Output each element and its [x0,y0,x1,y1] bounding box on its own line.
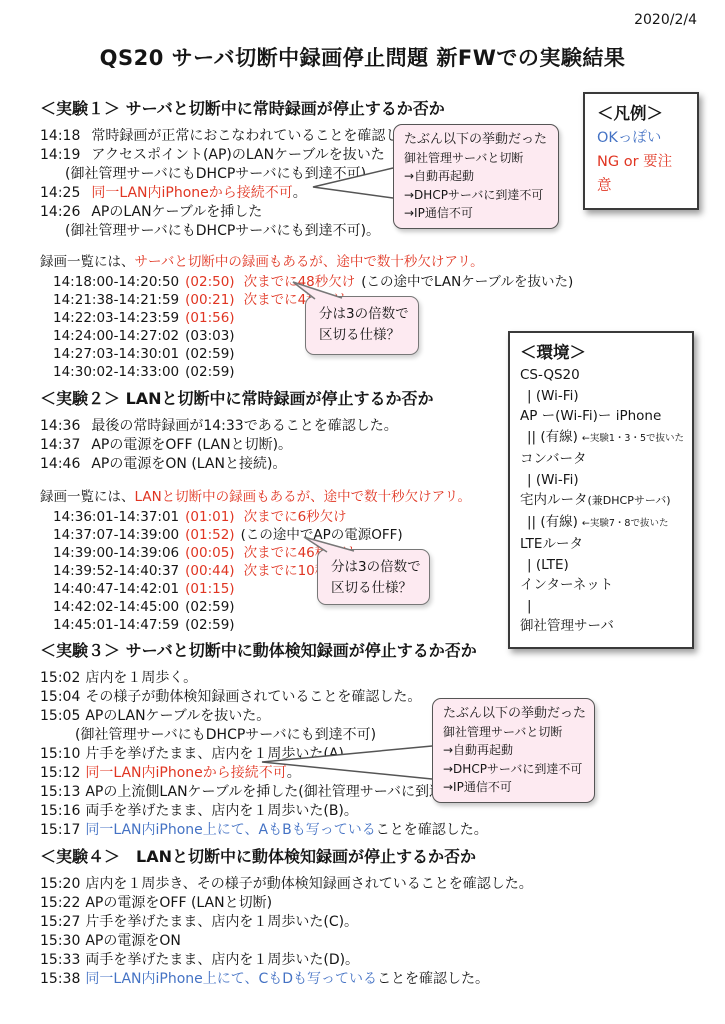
env-line: || (有線)←実験7・8で抜いた [520,512,682,535]
page-title: QS20 サーバ切断中録画停止問題 新FWでの実験結果 [0,42,725,72]
environment-box: ＜環境＞ CS-QS20 | (Wi-Fi) AP ー(Wi-Fi)ー iPho… [508,331,694,649]
env-line: 御社管理サーバ [520,616,682,637]
document-page: 2020/2/4 QS20 サーバ切断中録画停止問題 新FWでの実験結果 ＜実験… [0,0,725,1024]
log-line: 15:20店内を１周歩き、その様子が動体検知録画されていることを確認した。 [40,875,533,894]
log-line: 14:36最後の常時録画が14:33であることを確認した。 [40,417,434,436]
env-line: | (Wi-Fi) [520,386,682,407]
recording-row: 14:36:01-14:37:01(01:01)次までに6秒欠け [53,508,471,526]
experiment-1-section: ＜実験１＞ サーバと切断中に常時録画が停止するか否か 14:18常時録画が正常に… [40,96,445,241]
log-line: 15:27片手を挙げたまま、店内を１周歩いた(C)。 [40,913,533,932]
environment-title: ＜環境＞ [520,341,682,365]
log-line: 14:26APのLANケーブルを挿した [40,203,445,222]
log-line: 15:17同一LAN内iPhone上にて、AもBも写っていることを確認した。 [40,821,488,840]
recording-row: 14:45:01-14:47:59(02:59) [53,616,471,634]
log-line: 15:16両手を挙げたまま、店内を１周歩いた(B)。 [40,802,488,821]
behavior-callout-2: たぶん以下の挙動だった 御社管理サーバと切断 →自動再起動 →DHCPサーバに到… [432,698,595,803]
recording-row: 14:30:02-14:33:00(02:59) [53,363,573,381]
env-line: | [520,596,682,617]
log-line: 14:18常時録画が正常におこなわれていることを確認した。 [40,127,445,146]
recording-row: 14:18:00-14:20:50(02:50)次までに48秒欠け(この途中でL… [53,273,573,291]
env-line: | (LTE) [520,555,682,576]
log-line: 14:19アクセスポイント(AP)のLANケーブルを抜いた [40,146,445,165]
legend-ng-label: NG or 要注意 [597,150,685,198]
log-line: 15:30APの電源をON [40,932,533,951]
log-line: 14:46APの電源をON (LANと接続)。 [40,455,434,474]
log-line-continuation: (御社管理サーバにもDHCPサーバにも到達不可)。 [40,222,445,241]
experiment-1-heading: ＜実験１＞ サーバと切断中に常時録画が停止するか否か [40,96,445,119]
log-line: 15:22APの電源をOFF (LANと切断) [40,894,533,913]
experiment-2-section: ＜実験２＞ LANと切断中に常時録画が停止するか否か 14:36最後の常時録画が… [40,386,434,474]
log-line: 15:02店内を１周歩く。 [40,669,488,688]
recording-list-intro: 録画一覧には、サーバと切断中の録画もあるが、途中で数十秒欠けアリ。 [40,253,573,271]
log-line: 15:04その様子が動体検知録画されていることを確認した。 [40,688,488,707]
log-line: 15:13APの上流側LANケーブルを挿した(御社管理サーバに到達可) [40,783,488,802]
env-line: 宅内ルータ(兼DHCPサーバ) [520,490,682,512]
legend-title: ＜凡例＞ [597,102,685,126]
behavior-callout-1: たぶん以下の挙動だった 御社管理サーバと切断 →自動再起動 →DHCPサーバに到… [393,124,559,229]
log-line: 15:12同一LAN内iPhoneから接続不可。 [40,764,488,783]
env-line: AP ー(Wi-Fi)ー iPhone [520,406,682,427]
legend-box: ＜凡例＞ OKっぽい NG or 要注意 [583,92,699,210]
log-line: 14:37APの電源をOFF (LANと切断)。 [40,436,434,455]
experiment-4-heading: ＜実験４＞ LANと切断中に動体検知録画が停止するか否か [40,844,533,867]
env-line: インターネット [520,575,682,596]
log-line-continuation: (御社管理サーバにもDHCPサーバにも到達不可)。 [40,165,445,184]
log-line: 15:10片手を挙げたまま、店内を１周歩いた(A)。 [40,745,488,764]
document-date: 2020/2/4 [634,12,697,28]
experiment-2-heading: ＜実験２＞ LANと切断中に常時録画が停止するか否か [40,386,434,409]
log-line: 15:38同一LAN内iPhone上にて、CもDも写っていることを確認した。 [40,970,533,989]
recording-row: 14:37:07-14:39:00(01:52)(この途中でAPの電源OFF) [53,526,471,544]
log-line: 14:25同一LAN内iPhoneから接続不可。 [40,184,445,203]
env-line: | (Wi-Fi) [520,470,682,491]
recording-list-intro: 録画一覧には、LANと切断中の録画もあるが、途中で数十秒欠けアリ。 [40,488,471,506]
experiment-3-heading: ＜実験３＞ サーバと切断中に動体検知録画が停止するか否か [40,638,488,661]
env-line: || (有線)←実験1・3・5で抜いた [520,427,682,450]
spec-question-bubble-2: 分は3の倍数で 区切る仕様？ [317,549,430,605]
experiment-4-section: ＜実験４＞ LANと切断中に動体検知録画が停止するか否か 15:20店内を１周歩… [40,844,533,989]
log-line: 15:05APのLANケーブルを抜いた。 [40,707,488,726]
spec-question-bubble-1: 分は3の倍数で 区切る仕様？ [305,296,419,355]
experiment-3-section: ＜実験３＞ サーバと切断中に動体検知録画が停止するか否か 15:02店内を１周歩… [40,638,488,840]
env-line: LTEルータ [520,534,682,555]
log-line: 15:33両手を挙げたまま、店内を１周歩いた(D)。 [40,951,533,970]
legend-ok-label: OKっぽい [597,126,685,150]
env-line: コンバータ [520,449,682,470]
env-line: CS-QS20 [520,365,682,386]
log-line-continuation: (御社管理サーバにもDHCPサーバにも到達不可) [40,726,488,745]
